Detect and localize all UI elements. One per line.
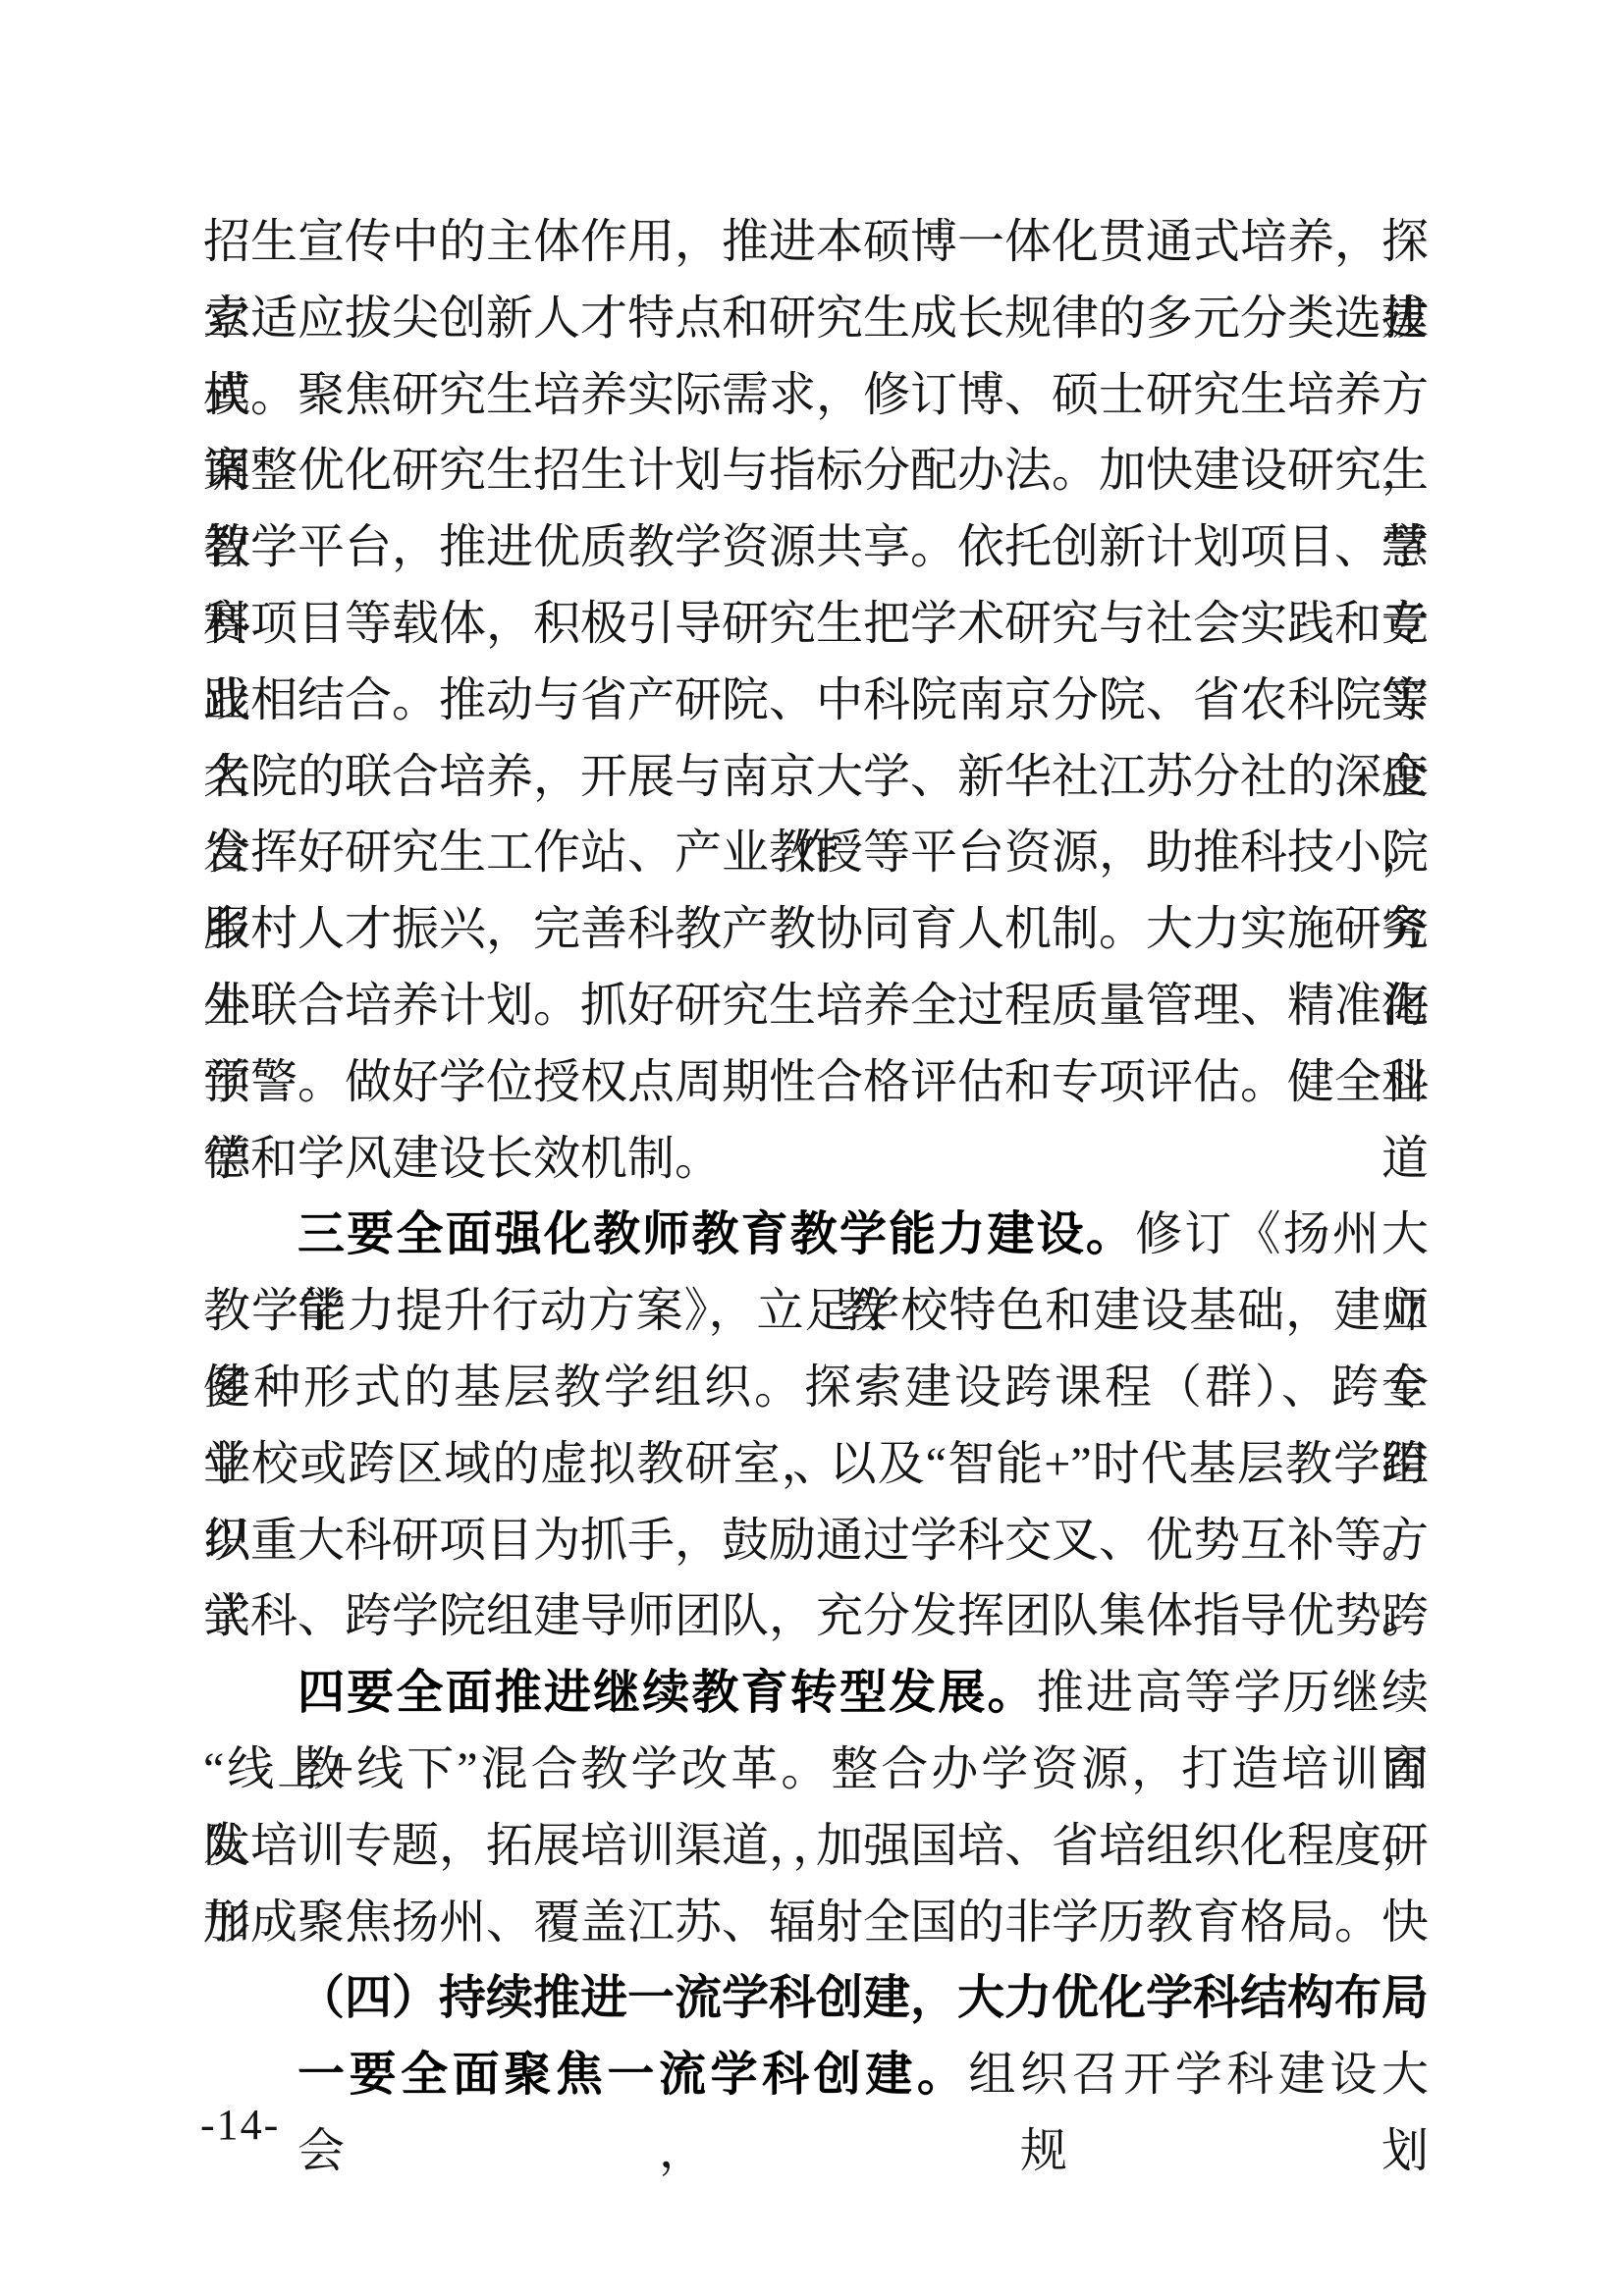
text-line: 四要全面推进继续教育转型发展。推进高等学历继续教育 — [203, 1655, 1429, 1732]
text-line: 发培训专题，拓展培训渠道，加强国培、省培组织化程度，加快 — [203, 1808, 1429, 1885]
text-line: 预警。做好学位授权点周期性合格评估和专项评估。健全科学道 — [203, 1044, 1429, 1121]
text-line: 践相结合。推动与省产研院、中科院南京分院、省农科院等名企 — [203, 663, 1429, 739]
text-line: 形成聚焦扬州、覆盖江苏、辐射全国的非学历教育格局。 — [203, 1885, 1429, 1961]
bold-heading-text: 四要全面推进继续教育转型发展。 — [298, 1667, 1037, 1719]
text-line: 调整优化研究生招生计划与指标分配办法。加快建设研究生智慧 — [203, 433, 1429, 509]
document-lines: 招生宣传中的主体作用，推进本硕博一体化贯通式培养，探索建立适应拔尖创新人才特点和… — [203, 204, 1429, 2113]
text-line: （四）持续推进一流学科创建，大力优化学科结构布局 — [203, 1960, 1429, 2037]
page-number: -14- — [200, 2101, 280, 2150]
bold-heading-text: 三要全面强化教师教育教学能力建设。 — [298, 1208, 1135, 1260]
text-line: 发挥好研究生工作站、产业教授等平台资源，助推科技小院服务 — [203, 815, 1429, 891]
text-line: 式。聚焦研究生培养实际需求，修订博、硕士研究生培养方案， — [203, 357, 1429, 434]
kaiti-heading-text: （四）持续推进一流学科创建，大力优化学科结构布局 — [298, 1972, 1429, 2024]
bold-heading-text: 一要全面聚焦一流学科创建。 — [298, 2049, 968, 2101]
body-text: 形成聚焦扬州、覆盖江苏、辐射全国的非学历教育格局。 — [203, 1896, 1381, 1949]
text-line: 多种形式的基层教学组织。探索建设跨课程（群）、跨专业、跨 — [203, 1350, 1429, 1426]
body-text: 德和学风建设长效机制。 — [203, 1133, 722, 1185]
text-line: 外联合培养计划。抓好研究生培养全过程质量管理、精准化学业 — [203, 968, 1429, 1044]
text-line: 学校或跨区域的虚拟教研室，以及“智能+”时代基层教学组织。 — [203, 1426, 1429, 1503]
text-line: 大院的联合培养，开展与南京大学、新华社江苏分社的深度合作， — [203, 739, 1429, 816]
text-line: 学科、跨学院组建导师团队，充分发挥团队集体指导优势。 — [203, 1578, 1429, 1655]
text-line: 招生宣传中的主体作用，推进本硕博一体化贯通式培养，探索建 — [203, 204, 1429, 281]
document-page: 招生宣传中的主体作用，推进本硕博一体化贯通式培养，探索建立适应拔尖创新人才特点和… — [0, 0, 1624, 2296]
body-text: 学科、跨学院组建导师团队，充分发挥团队集体指导优势。 — [203, 1590, 1429, 1642]
text-line: 立适应拔尖创新人才特点和研究生成长规律的多元分类选拔模 — [203, 281, 1429, 357]
text-line: 以重大科研项目为抓手，鼓励通过学科交叉、优势互补等方式跨 — [203, 1503, 1429, 1579]
text-line: 教学平台，推进优质教学资源共享。依托创新计划项目、学科竞 — [203, 509, 1429, 586]
text-line: “线上+线下”混合教学改革。整合办学资源，打造培训团队，研 — [203, 1732, 1429, 1808]
text-line: 三要全面强化教师教育教学能力建设。修订《扬州大学教师 — [203, 1197, 1429, 1273]
text-line: 教学能力提升行动方案》，立足学校特色和建设基础，建立健全 — [203, 1273, 1429, 1350]
text-line: 一要全面聚焦一流学科创建。组织召开学科建设大会，规划 — [203, 2037, 1429, 2113]
text-line: 乡村人才振兴，完善科教产教协同育人机制。大力实施研究生海 — [203, 891, 1429, 968]
text-line: 赛项目等载体，积极引导研究生把学术研究与社会实践和专业实 — [203, 586, 1429, 663]
